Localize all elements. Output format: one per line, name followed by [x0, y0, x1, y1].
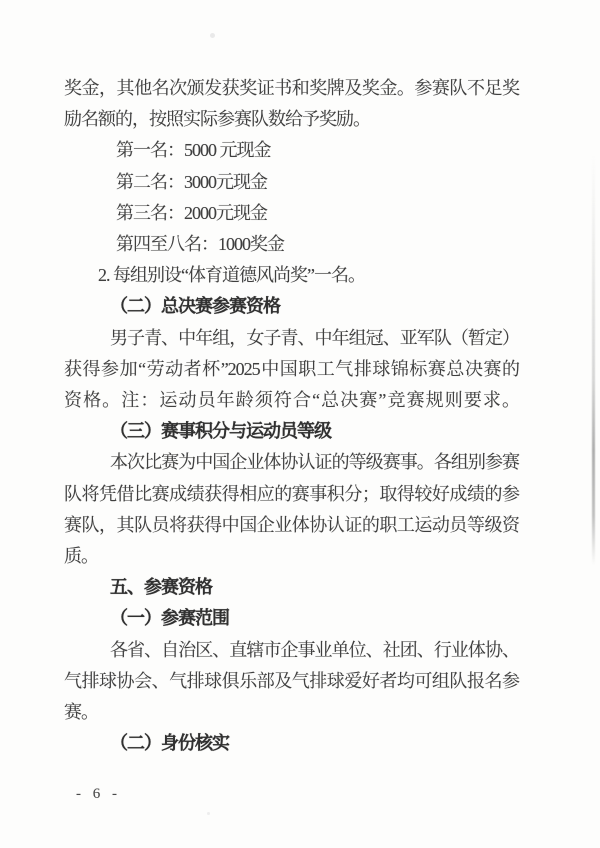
body-line-points-4: 质。 [64, 541, 519, 572]
body-line-awards-2: 励名额的，按照实际参赛队数给予奖励。 [64, 104, 519, 135]
scan-streak-artifact [592, 155, 595, 565]
body-line-finals-3: 资格。注：运动员年龄须符合“总决赛”竞赛规则要求。 [64, 385, 519, 416]
document-body: 奖金，其他名次颁发获奖证书和奖牌及奖金。参赛队不足奖 励名额的，按照实际参赛队数… [64, 73, 519, 759]
body-line-points-2: 队将凭借比赛成绩获得相应的赛事积分；取得较好成绩的参 [64, 479, 519, 510]
scan-speck [210, 33, 215, 38]
body-line-entry-scope-1: 各省、自治区、直辖市企事业单位、社团、行业体协、 [64, 635, 519, 666]
prize-line-first-place: 第一名：5000 元现金 [64, 135, 519, 166]
prize-line-second-place: 第二名：3000元现金 [64, 167, 519, 198]
body-line-points-3: 赛队，其队员将获得中国企业体协认证的职工运动员等级资 [64, 510, 519, 541]
page-number: - 6 - [76, 786, 121, 803]
heading-identity-verification: （二）身份核实 [64, 728, 519, 759]
list-item-sportsmanship-award: 2. 每组别设“体育道德风尚奖”一名。 [64, 260, 519, 291]
body-line-finals-2: 获得参加“劳动者杯”2025中国职工气排球锦标赛总决赛的 [64, 354, 519, 385]
body-line-entry-scope-3: 赛。 [64, 697, 519, 728]
document-page: 奖金，其他名次颁发获奖证书和奖牌及奖金。参赛队不足奖 励名额的，按照实际参赛队数… [0, 0, 600, 848]
body-line-entry-scope-2: 气排球协会、气排球俱乐部及气排球爱好者均可组队报名参 [64, 666, 519, 697]
heading-finals-qualification: （二）总决赛参赛资格 [64, 291, 519, 322]
scan-speck [207, 812, 210, 815]
prize-line-third-place: 第三名：2000元现金 [64, 198, 519, 229]
heading-points-and-athlete-grade: （三）赛事积分与运动员等级 [64, 416, 519, 447]
body-line-awards-1: 奖金，其他名次颁发获奖证书和奖牌及奖金。参赛队不足奖 [64, 73, 519, 104]
body-line-finals-1: 男子青、中年组，女子青、中年组冠、亚军队（暂定） [64, 323, 519, 354]
heading-entry-scope: （一）参赛范围 [64, 603, 519, 634]
body-line-points-1: 本次比赛为中国企业体协认证的等级赛事。各组别参赛 [64, 447, 519, 478]
prize-line-fourth-to-eighth: 第四至八名：1000奖金 [64, 229, 519, 260]
heading-entry-qualification: 五、参赛资格 [64, 572, 519, 603]
